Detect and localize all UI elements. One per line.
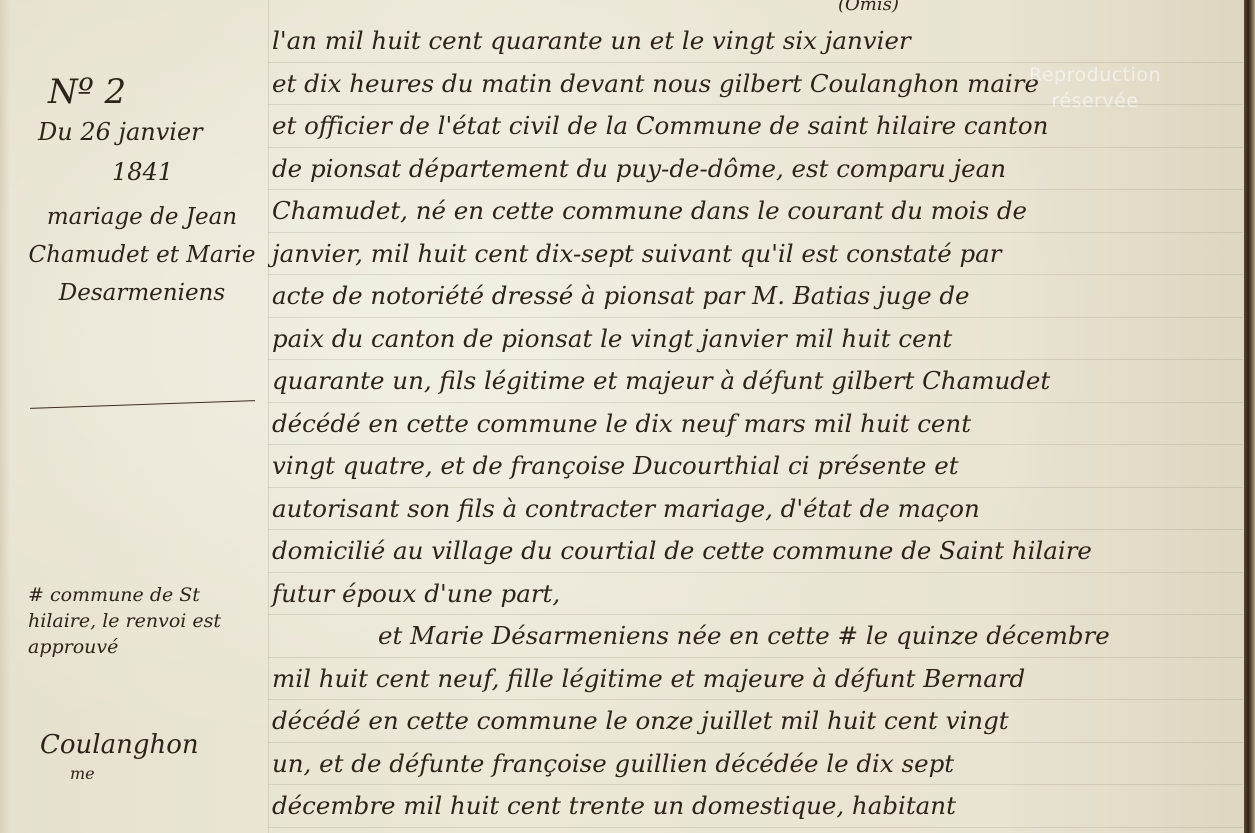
entry-number: Nº 2 — [48, 72, 293, 112]
text-line: l'an mil huit cent quarante un et le vin… — [268, 20, 1243, 63]
text-line: décédé en cette commune le dix neuf mars… — [268, 403, 1243, 446]
text-line: janvier, mil huit cent dix-sept suivant … — [268, 233, 1243, 276]
page-left-edge — [0, 0, 10, 833]
register-page: Nº 2 Du 26 janvier 1841 mariage de Jean … — [0, 0, 1255, 833]
entry-date: Du 26 janvier — [38, 118, 283, 146]
text-line: quarante un, fils légitime et majeur à d… — [268, 360, 1243, 403]
text-line: décembre mil huit cent trente un domesti… — [268, 785, 1243, 828]
text-line: un, et de défunte françoise guillien déc… — [268, 743, 1243, 786]
watermark-line: réservée — [985, 88, 1205, 114]
record-body: l'an mil huit cent quarante un et le vin… — [268, 20, 1243, 828]
text-line: futur époux d'une part, — [268, 573, 1243, 616]
text-line: de pionsat département du puy-de-dôme, e… — [268, 148, 1243, 191]
watermark-line: Reproduction — [985, 62, 1205, 88]
reproduction-watermark: Reproduction réservée — [985, 62, 1205, 114]
entry-title: mariage de Jean Chamudet et Marie Desarm… — [22, 198, 262, 312]
text-line: décédé en cette commune le onze juillet … — [268, 700, 1243, 743]
page-binding-edge — [1244, 0, 1255, 833]
mayor-signature: Coulanghon — [40, 730, 285, 760]
text-line: paix du canton de pionsat le vingt janvi… — [268, 318, 1243, 361]
margin-underline — [30, 400, 255, 409]
header-flourish: (Omis) — [838, 0, 899, 15]
text-line: vingt quatre, et de françoise Ducourthia… — [268, 445, 1243, 488]
text-line: acte de notoriété dressé à pionsat par M… — [268, 275, 1243, 318]
text-line: domicilié au village du courtial de cett… — [268, 530, 1243, 573]
text-line: mil huit cent neuf, fille légitime et ma… — [268, 658, 1243, 701]
text-line: Chamudet, né en cette commune dans le co… — [268, 190, 1243, 233]
renvoi-note: # commune de St hilaire, le renvoi est a… — [28, 582, 263, 660]
text-line: autorisant son fils à contracter mariage… — [268, 488, 1243, 531]
text-line: et Marie Désarmeniens née en cette # le … — [268, 615, 1243, 658]
